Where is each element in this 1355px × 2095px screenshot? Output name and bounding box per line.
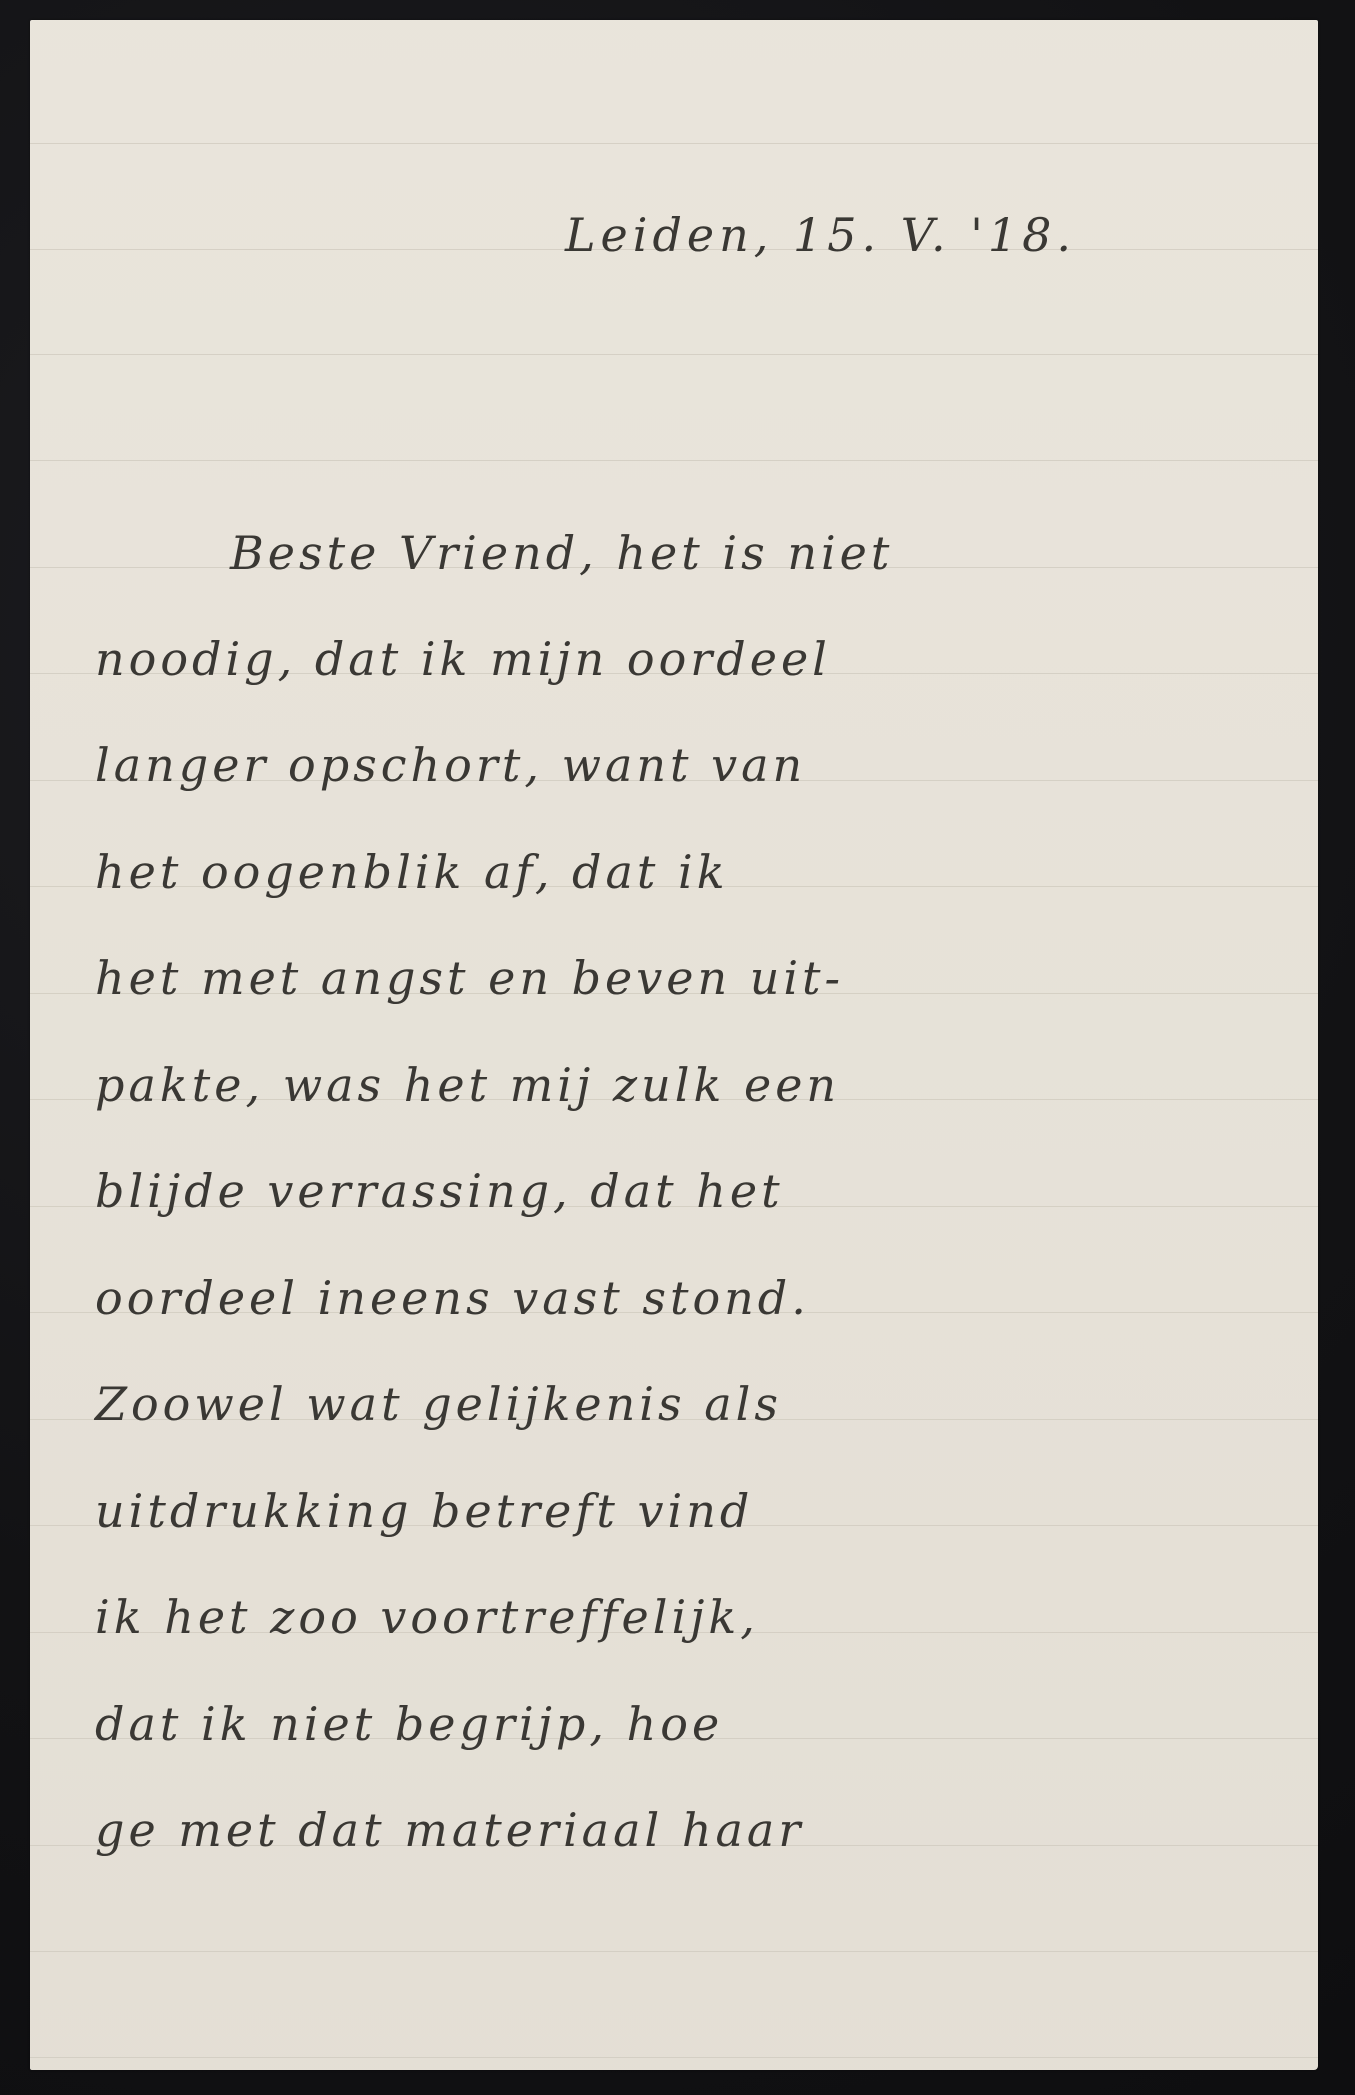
ruled-line: [30, 2057, 1318, 2058]
letter-line-2: noodig, dat ik mijn oordeel: [95, 636, 831, 682]
ruled-line: [30, 143, 1318, 144]
letter-line-10: uitdrukking betreft vind: [95, 1488, 753, 1534]
ruled-line: [30, 460, 1318, 461]
letter-line-6: pakte, was het mij zulk een: [95, 1062, 840, 1108]
letter-line-9: Zoowel wat gelijkenis als: [95, 1381, 782, 1427]
letter-line-8: oordeel ineens vast stond.: [95, 1275, 810, 1321]
letter-page: Leiden, 15. V. '18. Beste Vriend, het is…: [30, 20, 1318, 2070]
letter-line-3: langer opschort, want van: [95, 742, 806, 788]
letter-line-13: ge met dat materiaal haar: [95, 1807, 804, 1853]
ruled-line: [30, 354, 1318, 355]
letter-line-11: ik het zoo voortreffelijk,: [95, 1594, 759, 1640]
place-date: Leiden, 15. V. '18.: [565, 212, 1076, 258]
letter-line-5: het met angst en beven uit-: [95, 955, 844, 1001]
letter-line-1: Beste Vriend, het is niet: [230, 530, 893, 576]
letter-line-4: het oogenblik af, dat ik: [95, 849, 729, 895]
letter-line-7: blijde verrassing, dat het: [95, 1168, 784, 1214]
letter-line-12: dat ik niet begrijp, hoe: [95, 1701, 723, 1747]
ruled-line: [30, 1951, 1318, 1952]
